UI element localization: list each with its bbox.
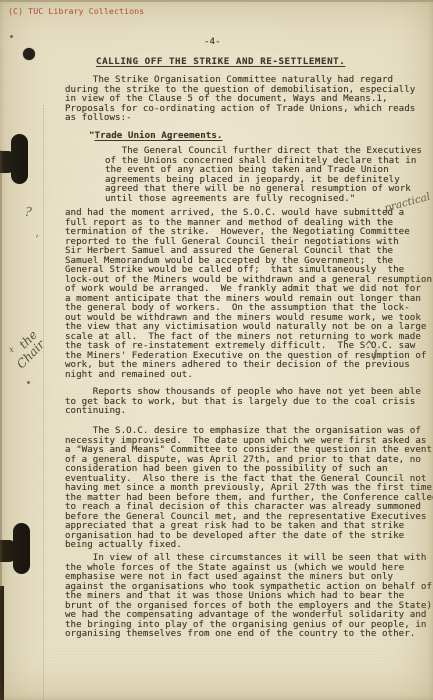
binder-clip-bottom-bar bbox=[0, 540, 16, 562]
quote-heading-text: Trade Union Agreements. bbox=[95, 130, 223, 141]
paper-crease bbox=[43, 105, 44, 700]
paragraph-intro: The Strike Organisation Committee natura… bbox=[65, 75, 415, 123]
paper-speck bbox=[10, 35, 13, 38]
paragraph-resumption: and had the moment arrived, the S.O.C. w… bbox=[65, 208, 432, 379]
punch-hole-dot bbox=[23, 48, 35, 60]
page-edge-shadow bbox=[0, 586, 4, 700]
margin-tick-mark: , bbox=[34, 226, 39, 239]
binder-clip-top-bar bbox=[0, 151, 15, 173]
quote-heading: "Trade Union Agreements. bbox=[89, 131, 222, 141]
paragraph-reports: Reports show thousands of people who hav… bbox=[65, 387, 421, 416]
page-edge-line bbox=[0, 150, 2, 590]
blockquote-trade-union-agreements: The General Council further direct that … bbox=[105, 146, 422, 203]
scanned-document-page: (C) TUC Library Collections -4- CALLING … bbox=[0, 0, 433, 700]
paper-speck bbox=[27, 381, 30, 384]
page-number: -4- bbox=[204, 37, 221, 47]
document-title: CALLING OFF THE STRIKE AND RE-SETTLEMENT… bbox=[96, 57, 345, 67]
scan-top-edge bbox=[0, 0, 433, 2]
tuc-library-watermark: (C) TUC Library Collections bbox=[8, 6, 144, 16]
pencil-caret-mark: ^ bbox=[364, 338, 374, 356]
paragraph-soc-desire: The S.O.C. desire to emphasize that the … bbox=[65, 426, 433, 550]
margin-question-mark: ? bbox=[24, 204, 32, 220]
paragraph-in-view: In view of all these circumstances it wi… bbox=[65, 553, 432, 639]
